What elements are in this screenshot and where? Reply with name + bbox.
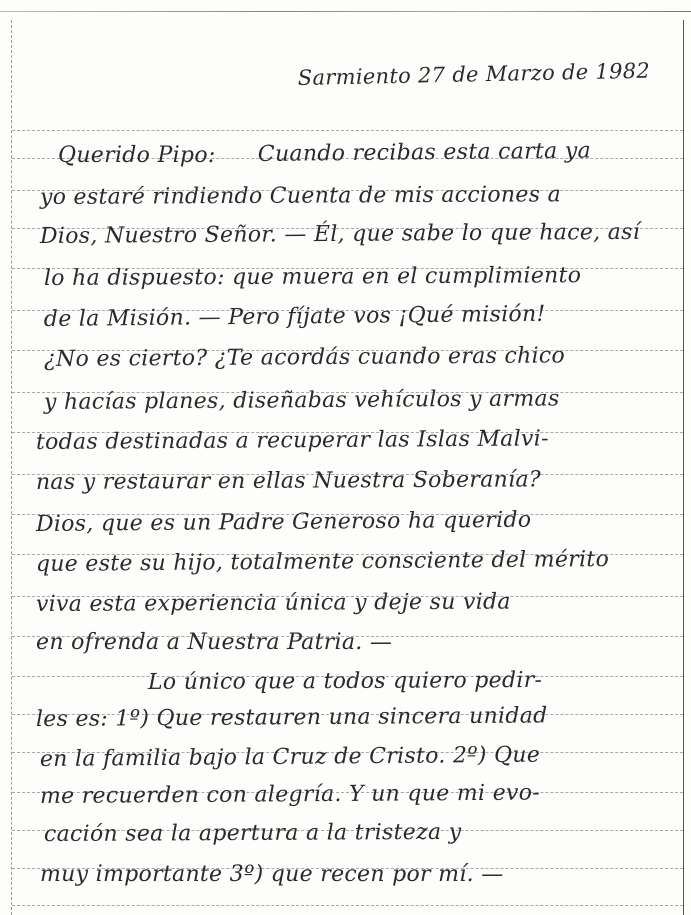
letter-line: ¿No es cierto? ¿Te acordás cuando eras c… bbox=[44, 343, 565, 372]
left-margin-line bbox=[11, 20, 12, 915]
letter-line: que este su hijo, totalmente consciente … bbox=[36, 547, 609, 577]
paper-top-edge bbox=[0, 11, 691, 12]
letter-line: y hacías planes, diseñabas vehículos y a… bbox=[44, 386, 560, 415]
letter-line: Dios, que es un Padre Generoso ha querid… bbox=[36, 508, 532, 537]
letter-salutation: Querido Pipo: bbox=[58, 143, 216, 168]
ruled-line bbox=[12, 130, 683, 131]
right-margin-line bbox=[683, 20, 684, 915]
letter-line: de la Misión. — Pero fíjate vos ¡Qué mis… bbox=[44, 302, 546, 332]
letter-date: Sarmiento 27 de Marzo de 1982 bbox=[297, 59, 650, 90]
letter-line: yo estaré rindiendo Cuenta de mis accion… bbox=[40, 182, 561, 210]
letter-line: en la familia bajo la Cruz de Cristo. 2º… bbox=[40, 743, 540, 772]
letter-line: lo ha dispuesto: que muera en el cumplim… bbox=[44, 263, 581, 291]
letter-line: nas y restaurar en ellas Nuestra Soberan… bbox=[36, 467, 541, 495]
letter-line: Dios, Nuestro Señor. — Él, que sabe lo q… bbox=[40, 220, 640, 249]
letter-line: cación sea la apertura a la tristeza y bbox=[44, 820, 462, 847]
letter-line: en ofrenda a Nuestra Patria. — bbox=[36, 630, 392, 655]
letter-page: Sarmiento 27 de Marzo de 1982 Querido Pi… bbox=[0, 0, 691, 915]
letter-line: todas destinadas a recuperar las Islas M… bbox=[36, 426, 549, 455]
letter-line: me recuerden con alegría. Y un que mi ev… bbox=[40, 781, 540, 809]
letter-line: les es: 1º) Que restauren una sincera un… bbox=[36, 703, 548, 732]
letter-line: Cuando recibas esta carta ya bbox=[258, 139, 591, 167]
letter-line: muy importante 3º) que recen por mí. — bbox=[40, 862, 504, 887]
letter-line: Lo único que a todos quiero pedir- bbox=[148, 668, 542, 695]
ruled-line bbox=[12, 905, 683, 906]
letter-line: viva esta experiencia única y deje su vi… bbox=[36, 590, 511, 617]
